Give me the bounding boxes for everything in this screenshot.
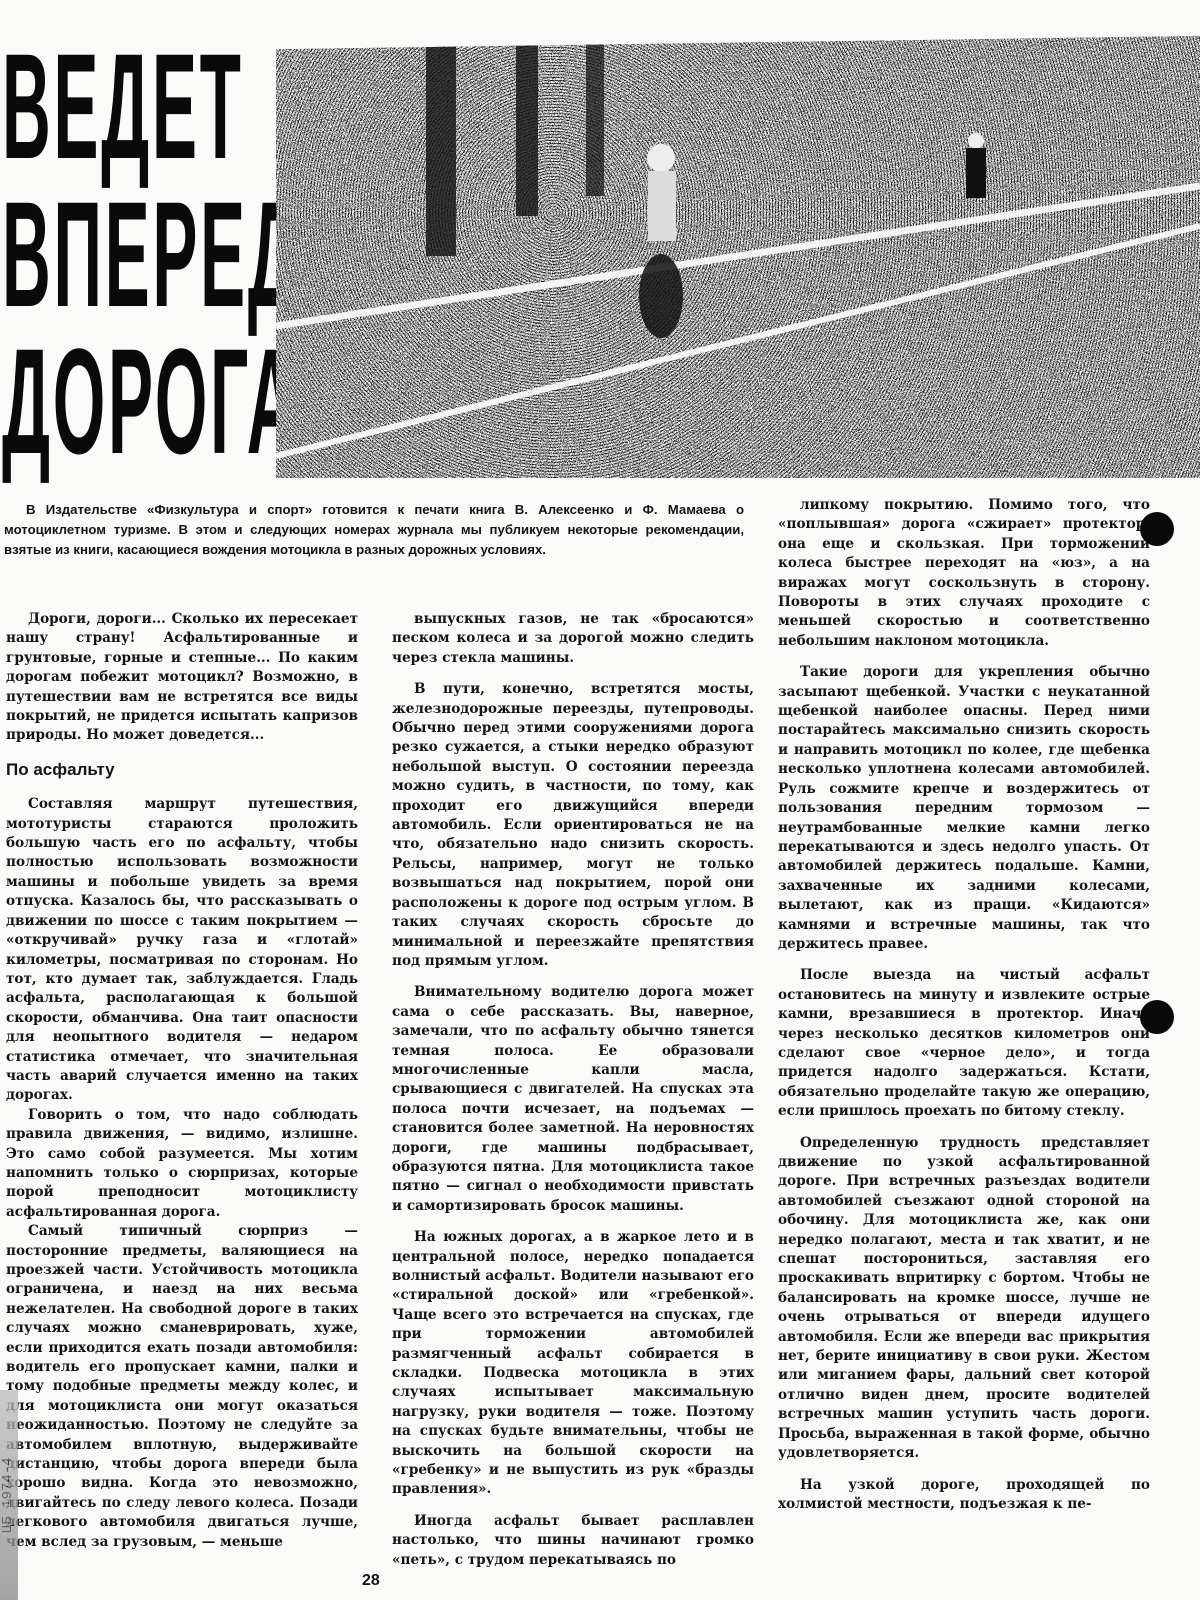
headline-line-2: ВПЕРЕД [2, 184, 272, 329]
paragraph: Такие дороги для укрепления обычно засып… [778, 663, 1150, 954]
headline-line-3: ДОРОГА [2, 331, 272, 476]
paragraph: Составляя маршрут путешествия, мототурис… [6, 795, 358, 1106]
section-heading: По асфальту [6, 760, 358, 779]
magazine-page: ВЕДЕТ ВПЕРЕД ДОРОГА [0, 0, 1200, 1600]
paragraph: выпускных газов, не так «бросаются» песк… [392, 610, 754, 668]
page-number: 28 [362, 1572, 380, 1590]
motorcyclists-photo [276, 36, 1200, 478]
paragraph: Определенную трудность представляет движ… [778, 1134, 1150, 1464]
paragraph: На узкой дороге, проходящей по холмистой… [778, 1476, 1150, 1515]
headline-line-1: ВЕДЕТ [2, 36, 272, 181]
ink-blot [1140, 512, 1174, 546]
paragraph: На южных дорогах, а в жаркое лето и в це… [392, 1228, 754, 1500]
paragraph: После выезда на чистый асфальт остановит… [778, 966, 1150, 1121]
column-1: Дороги, дороги... Сколько их пересекает … [6, 610, 358, 1564]
article-intro: В Издательстве «Физкультура и спорт» гот… [4, 500, 744, 560]
column-2: выпускных газов, не так «бросаются» песк… [392, 610, 754, 1582]
photo-illustration [276, 36, 1200, 478]
headline: ВЕДЕТ ВПЕРЕД ДОРОГА [2, 36, 274, 476]
paragraph: В пути, конечно, встретятся мосты, желез… [392, 680, 754, 971]
ink-blot [1140, 1000, 1174, 1034]
paragraph: Иногда асфальт бывает расплавлен настоль… [392, 1512, 754, 1570]
paragraph: Внимательному водителю дорога может сама… [392, 983, 754, 1216]
column-3: липкому покрытию. Помимо того, что «попл… [778, 496, 1150, 1526]
paragraph: Самый типичный сюрприз — посторонние пре… [6, 1222, 358, 1552]
library-stamp: ЦБ 1974-4 [0, 1390, 18, 1600]
paragraph: Дороги, дороги... Сколько их пересекает … [6, 610, 358, 746]
paragraph: липкому покрытию. Помимо того, что «попл… [778, 496, 1150, 651]
paragraph: Говорить о том, что надо соблюдать прави… [6, 1106, 358, 1222]
